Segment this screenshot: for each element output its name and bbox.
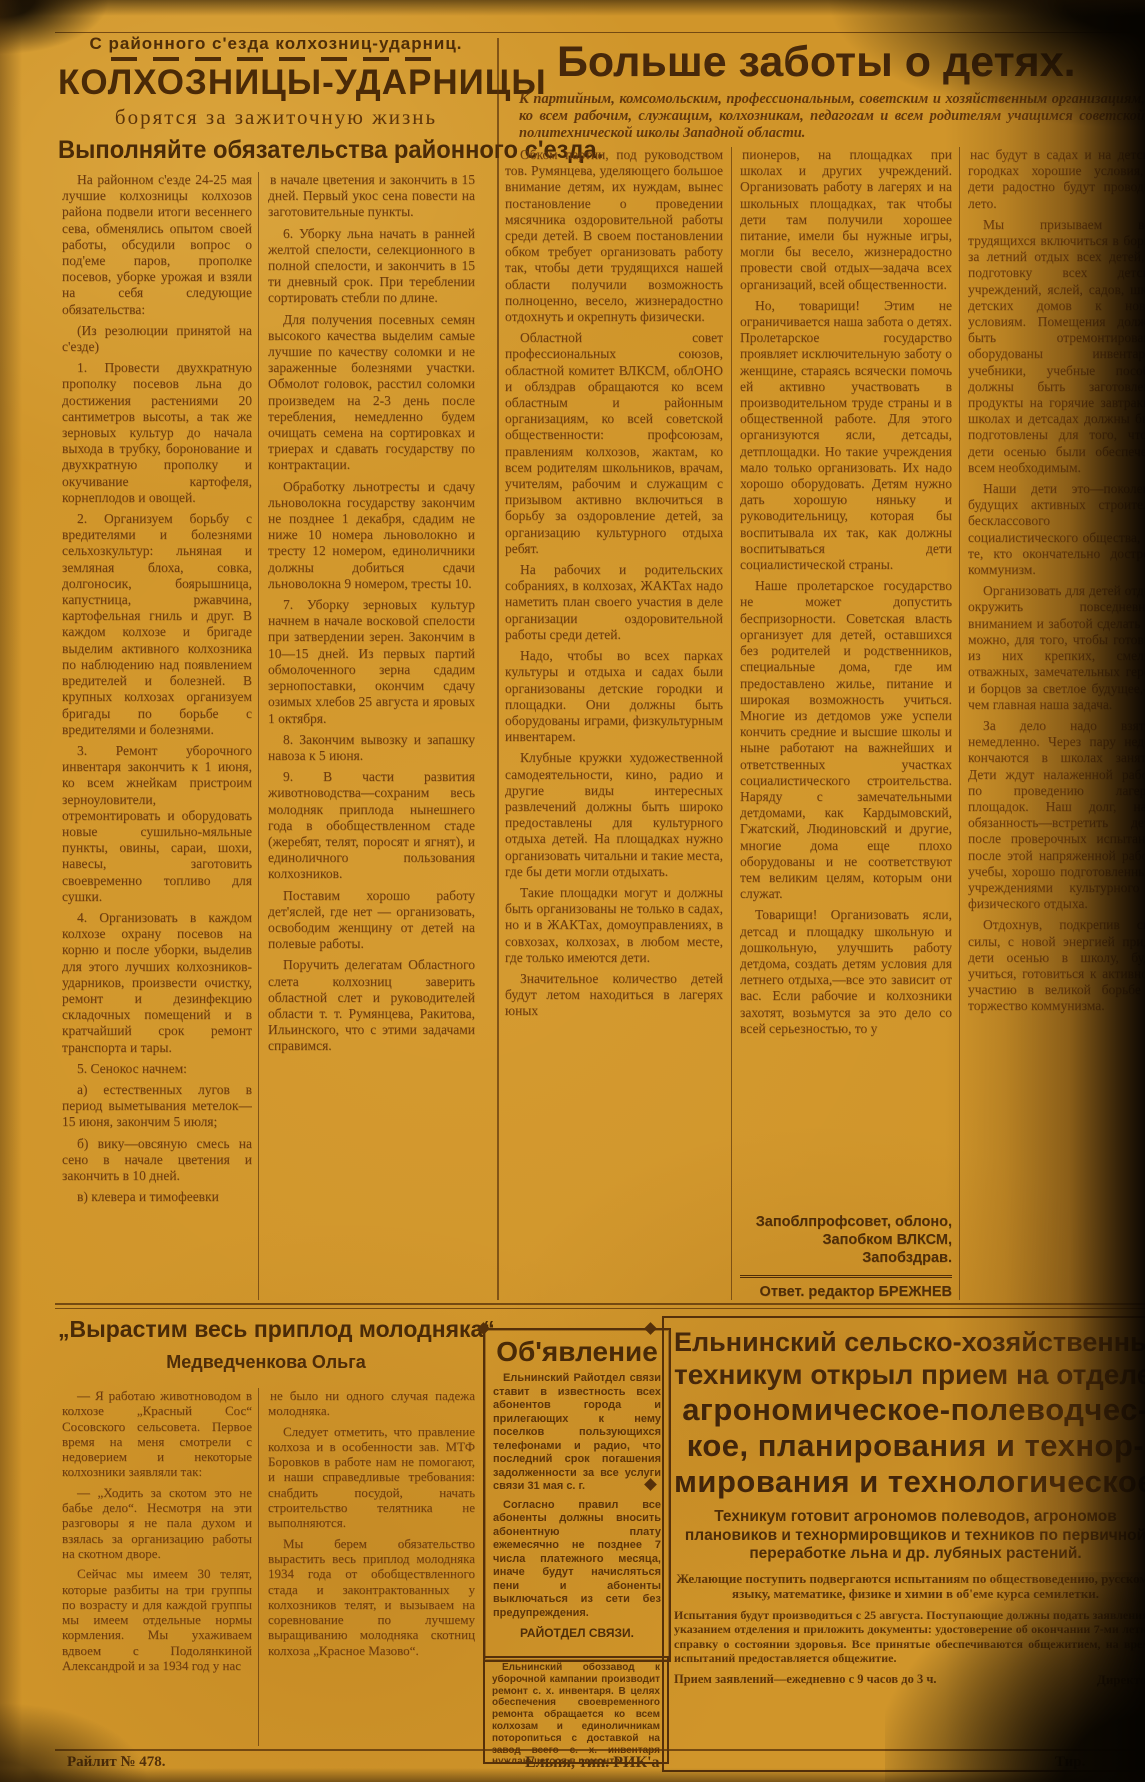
paragraph: 7. Уборку зерновых культур начнем в нача…: [268, 597, 475, 727]
tehnikum-body-2: Желающие поступить подвергаются испытани…: [674, 1571, 1145, 1602]
tehnikum-headline-4: кое, планирования и технор-: [674, 1428, 1145, 1464]
left-article-header: С районного с'езда колхозниц-ударниц. КО…: [58, 34, 494, 165]
footer-rajlit: Райлит № 478.: [67, 1754, 166, 1771]
tehnikum-box: Ельнинский сельско-хозяйственный технику…: [662, 1316, 1145, 1772]
newspaper-page: С районного с'езда колхозниц-ударниц. КО…: [0, 0, 1145, 1782]
paragraph: Мы призываем всех трудящихся включиться …: [968, 217, 1145, 476]
tehnikum-body-3: Испытания будут производиться с 25 авгус…: [674, 1608, 1145, 1666]
announcement-signature: РАЙОТДЕЛ СВЯЗИ.: [493, 1626, 661, 1640]
paragraph: Сейчас мы имеем 30 телят, которые разбит…: [62, 1566, 252, 1673]
paragraph: Надо, чтобы во всех парках культуры и от…: [505, 648, 723, 745]
paragraph: 5. Сенокос начнем:: [62, 1061, 252, 1077]
children-article-column-3: нас будут в садах и на детских городках …: [968, 147, 1145, 1300]
paragraph: 8. Закончим вывозку и запашку навоза к 5…: [268, 732, 475, 764]
paragraph: а) естественных лугов в период выметыван…: [62, 1082, 252, 1131]
paragraph: Товарищи! Организовать ясли, детсад и пл…: [740, 907, 952, 1037]
left-column-divider: [258, 172, 259, 1300]
paragraph: Мы берем обязательство вырастить весь пр…: [268, 1536, 475, 1658]
paragraph: 9. В части развития животноводства—сохра…: [268, 769, 475, 882]
right-column-divider-2: [959, 147, 960, 1300]
paragraph: Наше пролетарское государство не может д…: [740, 578, 952, 902]
tehnikum-headline-3: агрономическое-полеводчес-: [674, 1392, 1145, 1428]
paragraph: Обком партии, под руководством тов. Румя…: [505, 147, 723, 325]
paragraph: Такие площадки могут и должны быть орган…: [505, 885, 723, 966]
signature-organizations: Запоблпрофсовет, облоно, Запобком ВЛКСМ,…: [740, 1213, 952, 1267]
paragraph: Клубные кружки художественной самодеятел…: [505, 750, 723, 880]
children-article-column-2: пионеров, на площадках при школах и друг…: [740, 147, 952, 1300]
paragraph: Поставим хорошо работу дет'яслей, где не…: [268, 888, 475, 953]
children-article-column-2-text: пионеров, на площадках при школах и друг…: [740, 147, 952, 1042]
calves-column-divider: [258, 1388, 259, 1746]
bottom-section-rule: [55, 1303, 1145, 1305]
paragraph: Значительное количество детей будут лето…: [505, 971, 723, 1020]
children-article-column-1: Обком партии, под руководством тов. Румя…: [505, 147, 723, 1300]
paragraph: На рабочих и родительских собраниях, в к…: [505, 562, 723, 643]
left-article-column-2: в начале цветения и закончить в 15 дней.…: [268, 172, 475, 1298]
announcement-box: Об'явление Ельнинский Райотдел связи ста…: [483, 1328, 671, 1662]
edge-shadow-left: [0, 0, 22, 1782]
children-article-dedication: К партийным, комсомольским, профессионал…: [505, 91, 1145, 142]
paragraph: 1. Провести двухкратную прополку посевов…: [62, 360, 252, 506]
tehnikum-body-4: Прием заявлений—ежедневно с 9 часов до 3…: [674, 1672, 937, 1687]
footer-printer: Ельня, тип. РИК'а: [525, 1754, 660, 1772]
paragraph: Отдохнув, подкрепив свои силы, с новой э…: [968, 917, 1145, 1014]
paragraph: Следует отметить, что правление колхоза …: [268, 1424, 475, 1531]
kicker-underline-bars: [111, 57, 441, 61]
bottom-section-rule-2: [55, 1308, 1145, 1309]
paragraph: Ельнинский Райотдел связи ставит в извес…: [493, 1372, 661, 1494]
paragraph: б) вику—овсяную смесь на сено в начале ц…: [62, 1136, 252, 1185]
paragraph: 6. Уборку льна начать в ранней желтой сп…: [268, 226, 475, 307]
tehnikum-headline-5: мирования и технологическое.: [674, 1464, 1145, 1500]
repair-notice-box: Ельнинский обоззавод к уборочной кампани…: [483, 1656, 669, 1764]
left-article-subhead: Выполняйте обязательства районного с'езд…: [58, 136, 472, 165]
announcement-title: Об'явление: [493, 1336, 661, 1368]
top-rule: [55, 32, 1145, 33]
paragraph: Обработку льнотресты и сдачу льноволокна…: [268, 479, 475, 592]
left-article-subtitle: борятся за зажиточную жизнь: [58, 105, 494, 130]
paragraph: Для получения посевных семян высокого ка…: [268, 312, 475, 474]
right-column-divider-1: [731, 147, 732, 1300]
paragraph: Но, товарищи! Этим не ограничивается наш…: [740, 298, 952, 573]
tehnikum-body-1: Техникум готовит агрономов полеводов, аг…: [674, 1508, 1145, 1564]
footer-rule: [55, 1749, 1145, 1751]
paragraph: На районном с'езде 24-25 мая лучшие колх…: [62, 172, 252, 318]
tehnikum-headline-1: Ельнинский сельско-хозяйственный: [674, 1326, 1145, 1358]
paragraph: (Из резолюции принятой на с'езде): [62, 323, 252, 355]
signature-block: Запоблпрофсовет, облоно, Запобком ВЛКСМ,…: [740, 1213, 952, 1300]
left-article-title: КОЛХОЗНИЦЫ-УДАРНИЦЫ: [58, 63, 494, 103]
children-article-header: Больше заботы о детях. К партийным, комс…: [505, 38, 1145, 142]
paragraph: Организовать для детей отдых, окружить п…: [968, 583, 1145, 713]
kicker: С районного с'езда колхозниц-ударниц.: [58, 34, 494, 54]
paragraph: Поручить делегатам Областного слета колх…: [268, 957, 475, 1054]
tehnikum-headline-2: техникум открыл прием на отделения:: [674, 1358, 1145, 1392]
left-article-column-1: На районном с'езде 24-25 мая лучшие колх…: [62, 172, 252, 1298]
paragraph: нас будут в садах и на детских городках …: [968, 147, 1145, 212]
paragraph: пионеров, на площадках при школах и друг…: [740, 147, 952, 293]
paragraph: За дело надо взяться немедленно. Через п…: [968, 718, 1145, 912]
paragraph: 2. Организуем борьбу с вредителями и бол…: [62, 511, 252, 738]
announcement-body: Ельнинский Райотдел связи ставит в извес…: [493, 1372, 661, 1620]
calves-article-byline: Медведченкова Ольга: [58, 1352, 474, 1373]
paragraph: Согласно правил все абоненты должны внос…: [493, 1499, 661, 1621]
edge-shadow-top: [0, 0, 1145, 16]
children-article-title: Больше заботы о детях.: [505, 38, 1145, 87]
tehnikum-signature: Директор.: [1097, 1672, 1145, 1688]
paragraph: — „Ходить за скотом это не бабье дело“. …: [62, 1485, 252, 1561]
paragraph: 3. Ремонт уборочного инвентаря закончить…: [62, 743, 252, 905]
section-divider: [497, 38, 499, 1300]
paragraph: Областной совет профессиональных союзов,…: [505, 330, 723, 557]
editor-line: Ответ. редактор БРЕЖНЕВ: [740, 1275, 952, 1300]
calves-article-column-2: не было ни одного случая падежа молодняк…: [268, 1388, 475, 1746]
paragraph: Наши дети это—поколение будущих активных…: [968, 481, 1145, 578]
paragraph: в начале цветения и закончить в 15 дней.…: [268, 172, 475, 221]
footer-tirazh: Тир.: [1055, 1754, 1085, 1771]
calves-article-column-1: — Я работаю животноводом в колхозе „Крас…: [62, 1388, 252, 1746]
calves-article-title: „Вырастим весь приплод молодняка“: [58, 1316, 474, 1343]
paragraph: не было ни одного случая падежа молодняк…: [268, 1388, 475, 1419]
paragraph: в) клевера и тимофеевки: [62, 1189, 252, 1205]
paragraph: — Я работаю животноводом в колхозе „Крас…: [62, 1388, 252, 1480]
paragraph: 4. Организовать в каждом колхозе охрану …: [62, 910, 252, 1056]
